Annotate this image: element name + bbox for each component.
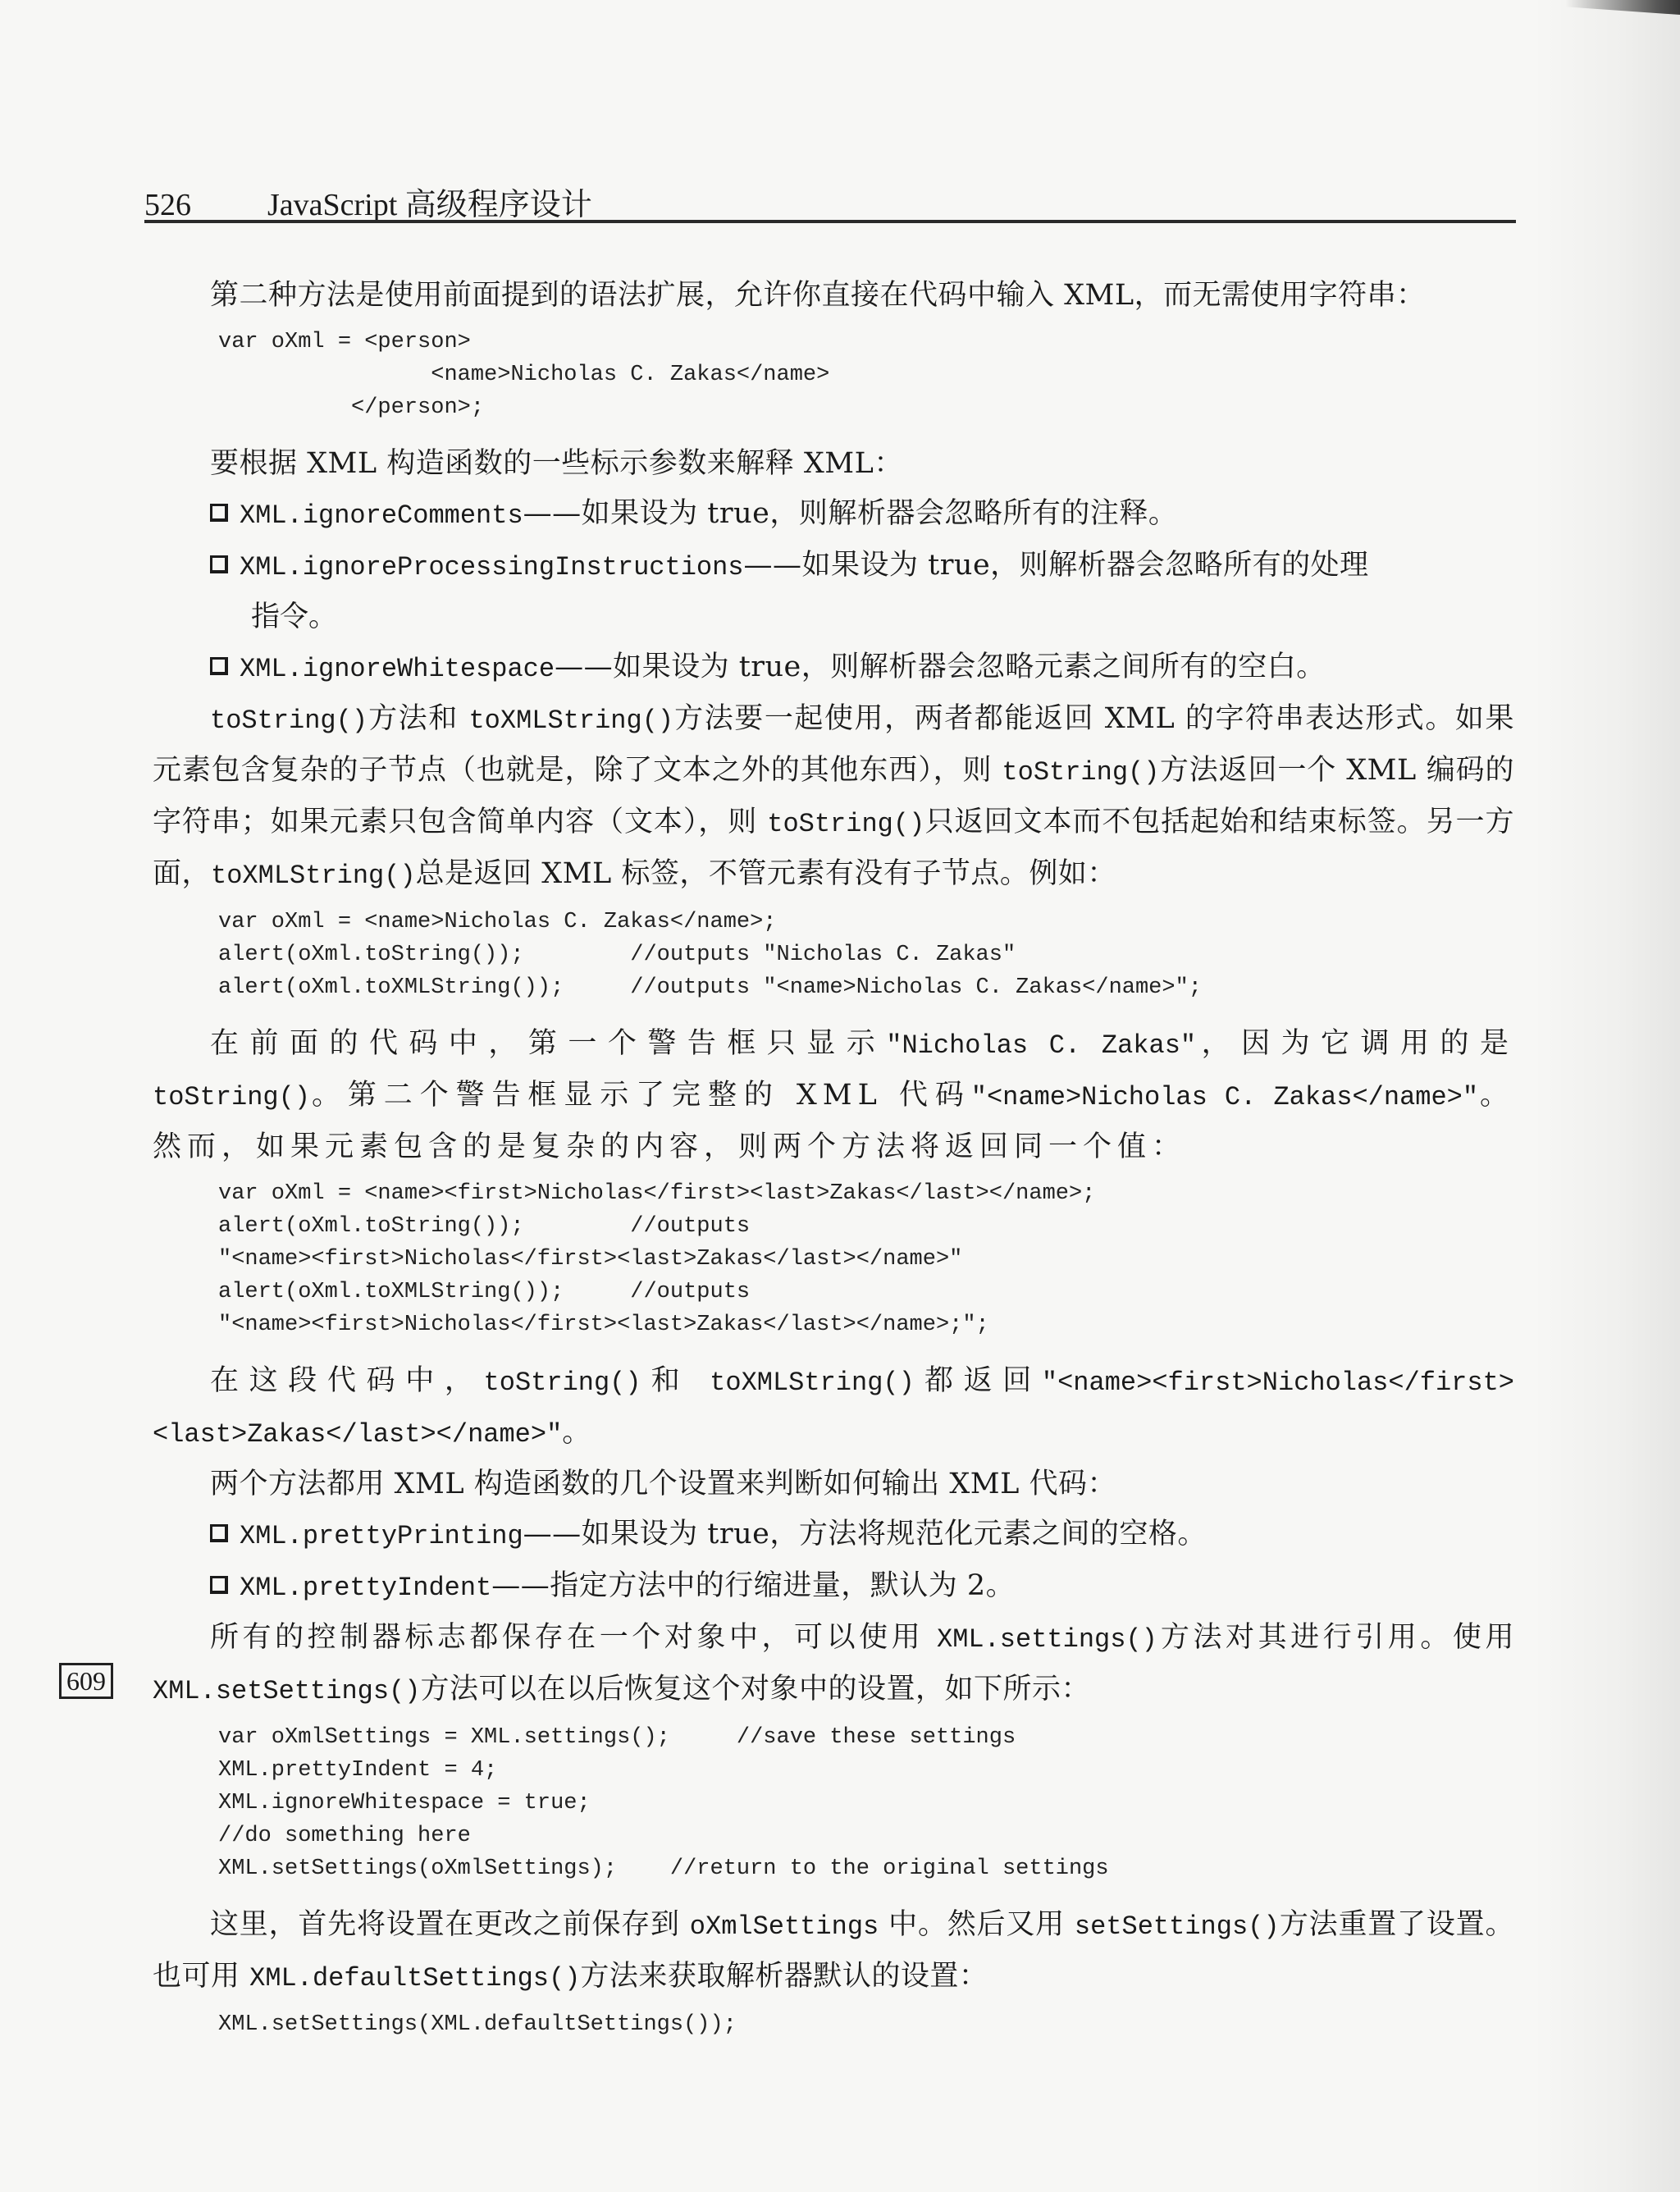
page-curl: [1565, 0, 1680, 15]
paragraph-tostring-methods: toString()方法和 toXMLString()方法要一起使用，两者都能返…: [153, 694, 1514, 901]
bullet-pretty-printing: XML.prettyPrinting——如果设为 true，方法将规范化元素之间…: [210, 1509, 1514, 1561]
checkbox-bullet-icon: [210, 1576, 228, 1594]
code-block-person: var oXml = <person> <name>Nicholas C. Za…: [218, 326, 1514, 424]
code-block-default-settings: XML.setSettings(XML.defaultSettings());: [218, 2008, 1514, 2041]
code-block-complex-output: var oXml = <name><first>Nicholas</first>…: [218, 1177, 1514, 1341]
page-edge-shadow: [1532, 0, 1680, 2192]
margin-page-reference: 609: [59, 1663, 113, 1699]
page-number: 526: [144, 187, 267, 223]
inline-code: XML.ignoreProcessingInstructions: [240, 552, 744, 582]
bullet-pretty-indent: XML.prettyIndent——指定方法中的行缩进量，默认为 2。: [210, 1561, 1514, 1613]
paragraph-syntax-extension: 第二种方法是使用前面提到的语法扩展，允许你直接在代码中输入 XML，而无需使用字…: [153, 271, 1514, 321]
paragraph-restore-settings: 这里，首先将设置在更改之前保存到 oXmlSettings 中。然后又用 set…: [153, 1900, 1514, 2003]
checkbox-bullet-icon: [210, 657, 228, 675]
running-header: 526 JavaScript 高级程序设计: [144, 179, 1516, 224]
book-title: JavaScript 高级程序设计: [267, 179, 592, 224]
checkbox-bullet-icon: [210, 504, 228, 522]
paragraph-settings-object: 所有的控制器标志都保存在一个对象中，可以使用 XML.settings()方法对…: [153, 1613, 1514, 1716]
bullet-ignore-processing-instructions: XML.ignoreProcessingInstructions——如果设为 t…: [210, 541, 1514, 592]
paragraph-both-return: 在这段代码中，toString()和 toXMLString()都返回"<nam…: [153, 1356, 1514, 1459]
header-rule: [144, 220, 1516, 223]
inline-code: XML.ignoreComments: [240, 500, 523, 531]
inline-code: XML.ignoreWhitespace: [240, 654, 555, 684]
paragraph-output-settings: 两个方法都用 XML 构造函数的几个设置来判断如何输出 XML 代码：: [153, 1459, 1514, 1509]
inline-code: XML.prettyPrinting: [240, 1521, 523, 1551]
paragraph-alert-explanation: 在前面的代码中，第一个警告框只显示"Nicholas C. Zakas"，因为它…: [153, 1019, 1514, 1172]
inline-code: XML.prettyIndent: [240, 1573, 491, 1603]
code-block-settings: var oXmlSettings = XML.settings(); //sav…: [218, 1721, 1514, 1885]
code-block-simple-output: var oXml = <name>Nicholas C. Zakas</name…: [218, 906, 1514, 1004]
page-body: 第二种方法是使用前面提到的语法扩展，允许你直接在代码中输入 XML，而无需使用字…: [153, 271, 1514, 2056]
bullet-ignore-whitespace: XML.ignoreWhitespace——如果设为 true，则解析器会忽略元…: [210, 642, 1514, 694]
bullet-ignore-comments: XML.ignoreComments——如果设为 true，则解析器会忽略所有的…: [210, 489, 1514, 541]
checkbox-bullet-icon: [210, 1524, 228, 1542]
paragraph-constructor-flags: 要根据 XML 构造函数的一些标示参数来解释 XML：: [153, 439, 1514, 489]
checkbox-bullet-icon: [210, 555, 228, 573]
bullet-continuation: 指令。: [251, 592, 1514, 642]
